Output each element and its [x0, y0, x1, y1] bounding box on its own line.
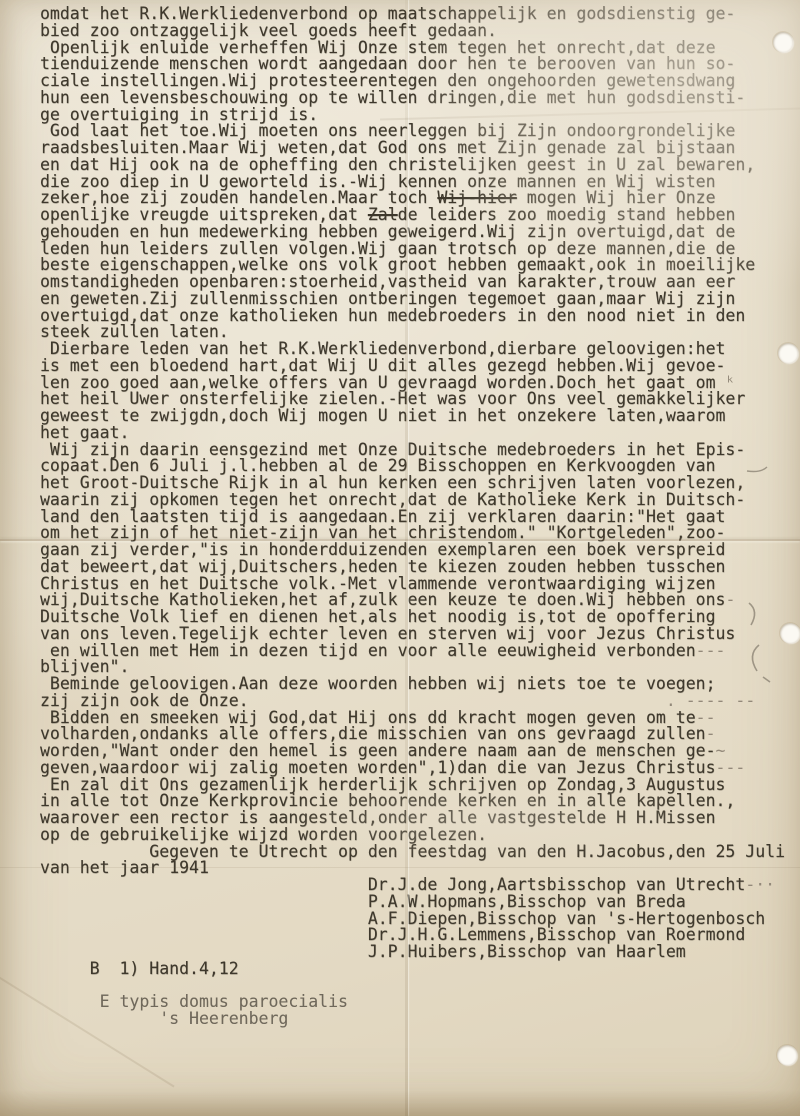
text-segment: 's Heerenberg: [40, 1009, 288, 1028]
document-page: omdat het R.K.Werkliedenverbond op maats…: [0, 0, 800, 1116]
punch-hole: [777, 1045, 797, 1065]
paper-edge-shadow: [0, 1090, 800, 1116]
text-line: B 1) Hand.4,12: [40, 961, 785, 978]
punch-hole: [773, 32, 793, 52]
text-line: geweest te zwijgdn,doch Wij mogen U niet…: [40, 408, 785, 425]
faint-mark: -··: [745, 875, 775, 894]
punch-hole: [778, 343, 798, 363]
text-line: en willen met Hem in dezen tijd en voor …: [40, 643, 785, 660]
text-segment: geweest te zwijgdn,doch Wij mogen U niet…: [40, 406, 725, 425]
text-segment: en willen met Hem in dezen tijd en voor …: [40, 641, 696, 660]
faint-mark: ---: [696, 641, 726, 660]
text-line: 's Heerenberg: [40, 1011, 785, 1028]
faint-mark: -: [725, 590, 735, 609]
typewritten-text-block: omdat het R.K.Werkliedenverbond op maats…: [40, 6, 785, 1028]
punch-hole: [780, 623, 800, 643]
text-segment: B 1) Hand.4,12: [40, 959, 239, 978]
